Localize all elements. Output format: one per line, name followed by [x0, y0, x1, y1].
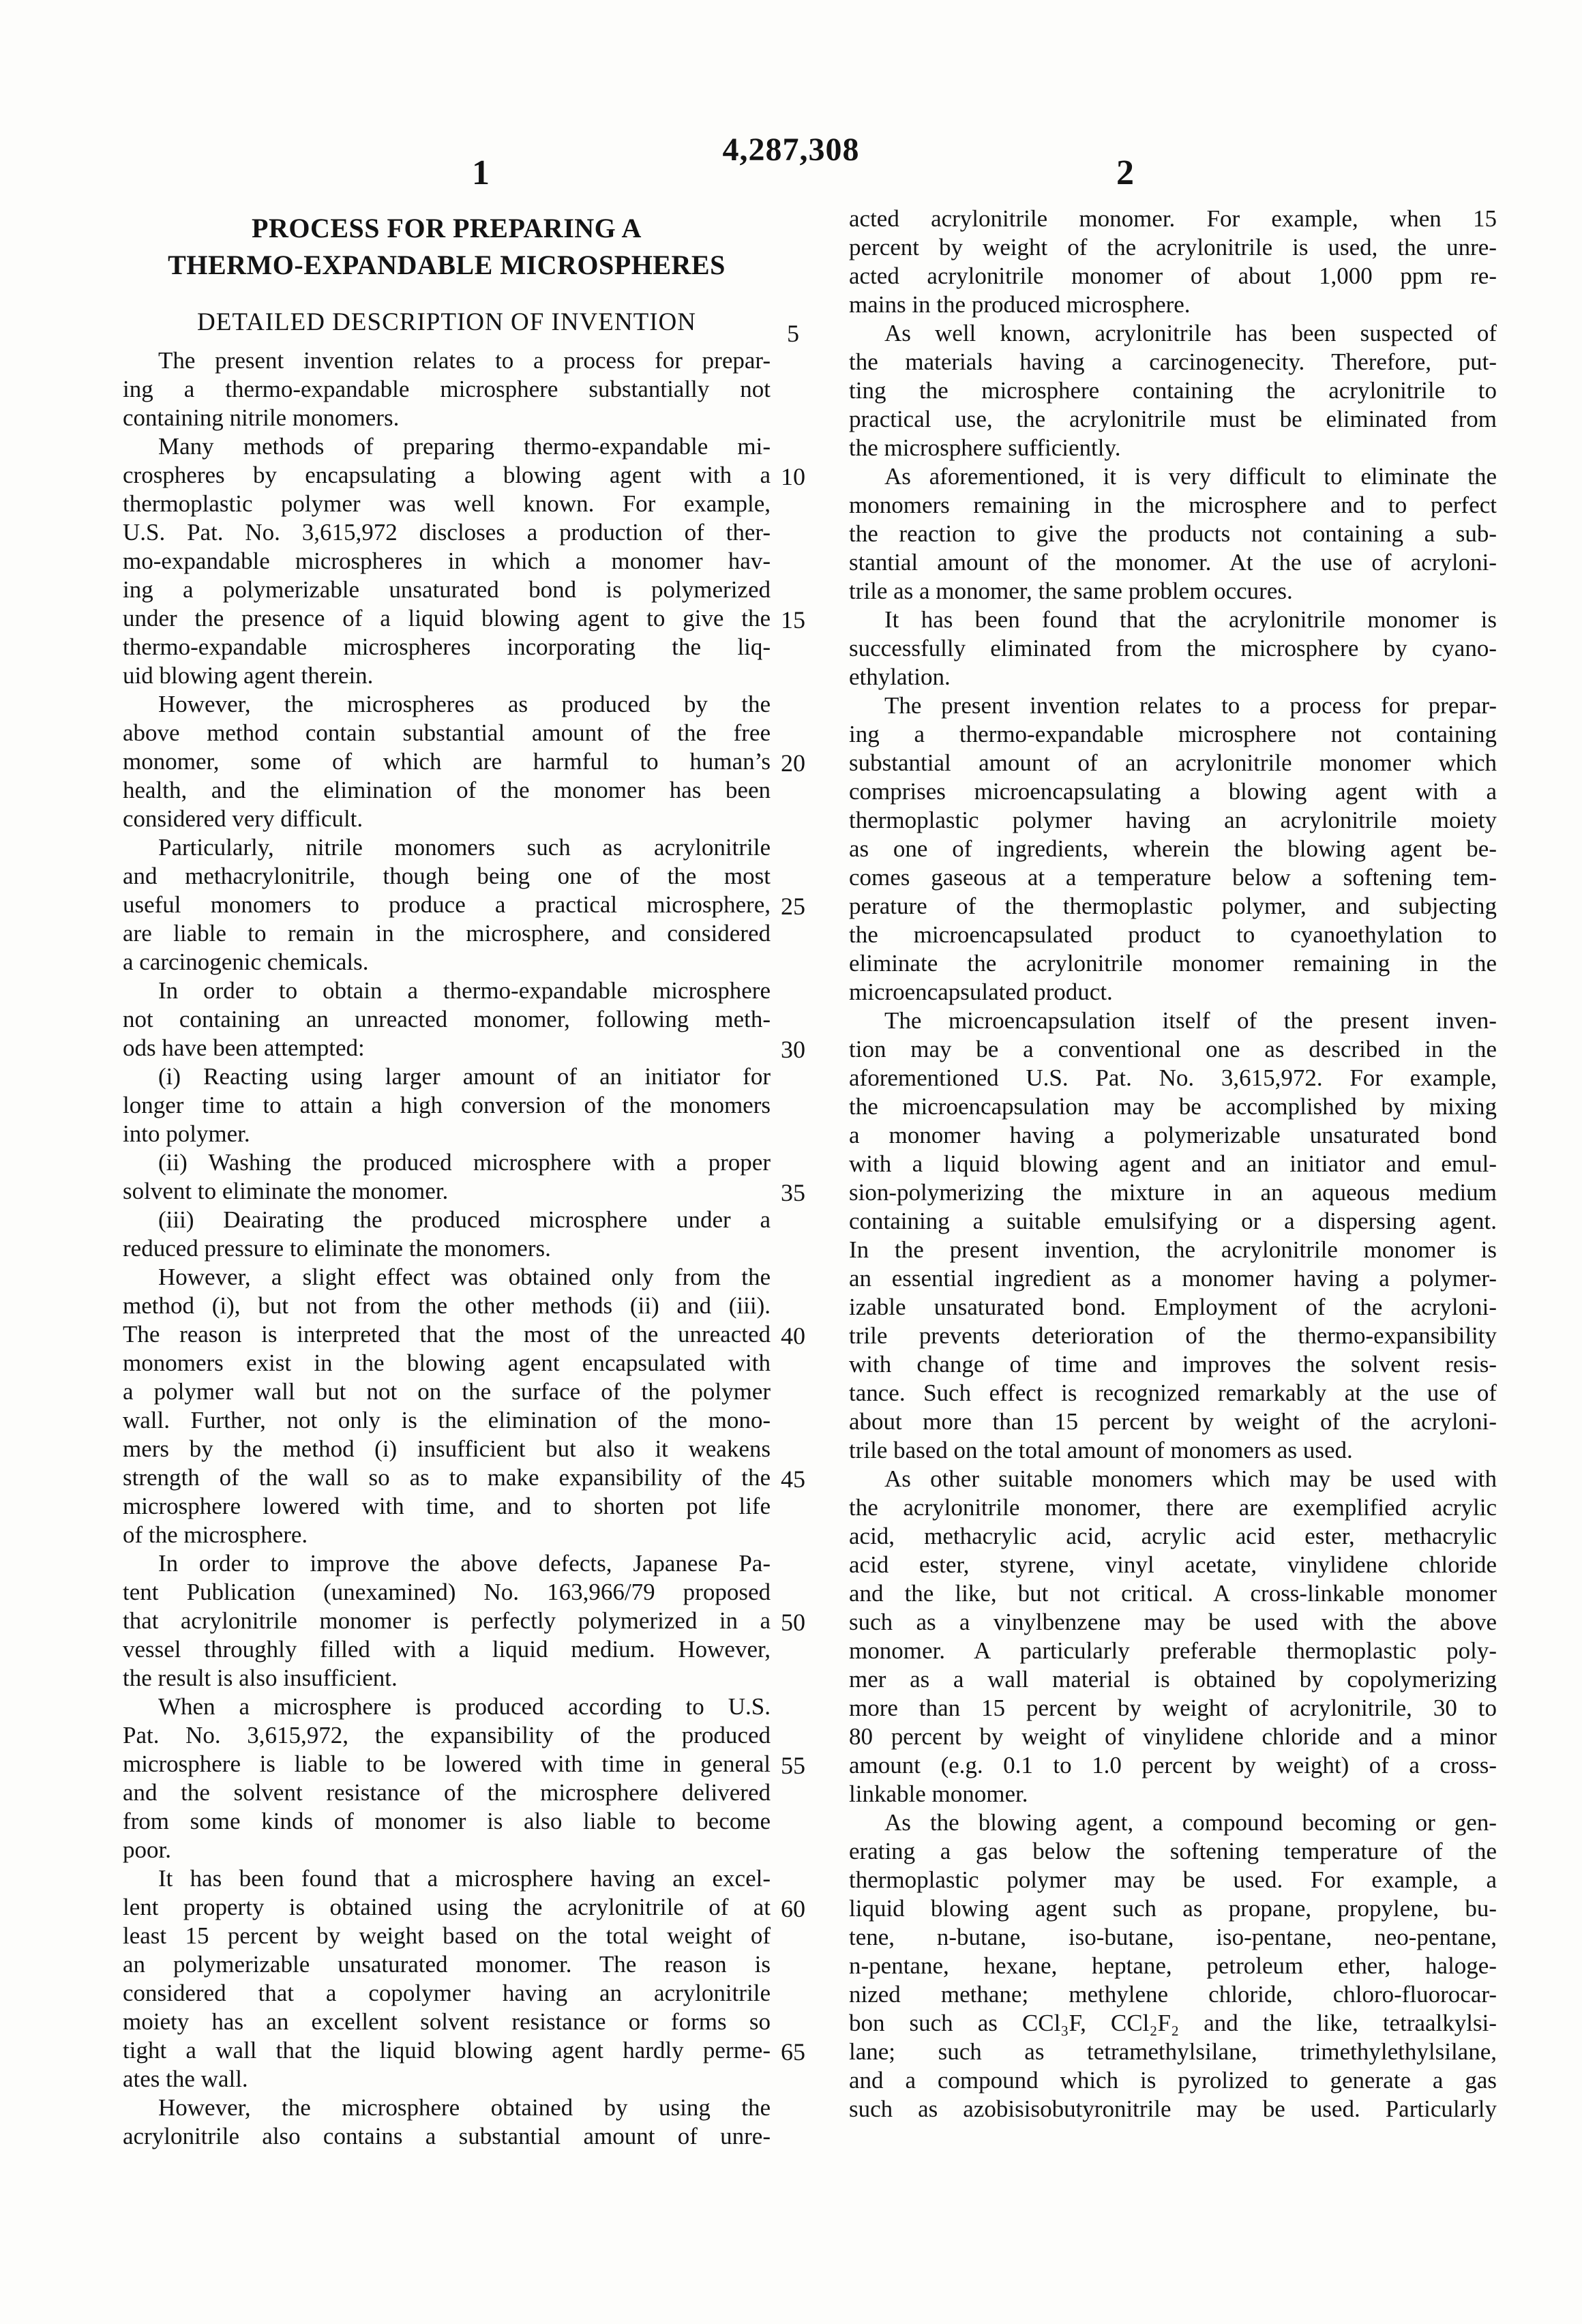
text-line: microsphere lowered with time, and to sh…	[123, 1492, 771, 1521]
text-line: monomer, some of which are harmful to hu…	[123, 747, 771, 776]
text-line: from some kinds of monomer is also liabl…	[123, 1807, 771, 1836]
text-line: U.S. Pat. No. 3,615,972 discloses a prod…	[123, 518, 771, 547]
text-line: bon such as CCl₃F, CCl₂F₂ and the like, …	[849, 2009, 1497, 2038]
text-line: longer time to attain a high conversion …	[123, 1091, 771, 1120]
line-number: 65	[781, 2038, 805, 2066]
text-line: Particularly, nitrile monomers such as a…	[123, 833, 771, 862]
text-line: mo-expandable microspheres in which a mo…	[123, 547, 771, 576]
text-line: method (i), but not from the other metho…	[123, 1292, 771, 1320]
text-line: are liable to remain in the microsphere,…	[123, 919, 771, 948]
text-line: above method contain substantial amount …	[123, 719, 771, 747]
text-line: stantial amount of the monomer. At the u…	[849, 548, 1497, 577]
text-line: trile as a monomer, the same problem occ…	[849, 577, 1497, 606]
text-line: 80 percent by weight of vinylidene chlor…	[849, 1723, 1497, 1751]
text-line: such as azobisisobutyronitrile may be us…	[849, 2095, 1497, 2124]
text-line: the materials having a carcinogenecity. …	[849, 348, 1497, 376]
line-number: 50	[781, 1608, 805, 1637]
text-line: reduced pressure to eliminate the monome…	[123, 1234, 771, 1263]
patent-number: 4,287,308	[723, 131, 860, 168]
text-line: containing nitrile monomers.	[123, 404, 771, 432]
text-line: ethylation.	[849, 663, 1497, 691]
text-line: a monomer having a polymerizable unsatur…	[849, 1121, 1497, 1150]
text-line: the reaction to give the products not co…	[849, 520, 1497, 548]
text-line: successfully eliminated from the microsp…	[849, 634, 1497, 663]
page-number-left: 1	[472, 155, 490, 191]
text-line: with a liquid blowing agent and an initi…	[849, 1150, 1497, 1178]
text-line: the microencapsulated product to cyanoet…	[849, 921, 1497, 949]
text-line: thermoplastic polymer may be used. For e…	[849, 1866, 1497, 1894]
text-line: such as a vinylbenzene may be used with …	[849, 1608, 1497, 1637]
line-number: 40	[781, 1322, 805, 1350]
text-line: Many methods of preparing thermo-expanda…	[123, 432, 771, 461]
text-line: linkable monomer.	[849, 1780, 1497, 1808]
text-line: ing a thermo-expandable microsphere not …	[849, 720, 1497, 749]
text-line: As the blowing agent, a compound becomin…	[849, 1808, 1497, 1837]
text-line: n-pentane, hexane, heptane, petroleum et…	[849, 1952, 1497, 1980]
text-line: acid ester, styrene, vinyl acetate, viny…	[849, 1551, 1497, 1579]
text-line: solvent to eliminate the monomer.	[123, 1177, 771, 1206]
text-line: liquid blowing agent such as propane, pr…	[849, 1894, 1497, 1923]
text-line: monomer. A particularly preferable therm…	[849, 1637, 1497, 1665]
text-line: As well known, acrylonitrile has been su…	[849, 319, 1497, 348]
line-number: 20	[781, 749, 805, 777]
text-line: monomers remaining in the microsphere an…	[849, 491, 1497, 520]
left-column-text: The present invention relates to a proce…	[123, 346, 771, 2151]
text-line: When a microsphere is produced according…	[123, 1693, 771, 1721]
text-line: uid blowing agent therein.	[123, 661, 771, 690]
text-line: health, and the elimination of the monom…	[123, 776, 771, 805]
text-line: However, the microsphere obtained by usi…	[123, 2094, 771, 2122]
text-line: ods have been attempted:	[123, 1034, 771, 1062]
text-line: It has been found that a microsphere hav…	[123, 1864, 771, 1893]
text-line: a carcinogenic chemicals.	[123, 948, 771, 977]
text-line: not containing an unreacted monomer, fol…	[123, 1005, 771, 1034]
text-line: The reason is interpreted that the most …	[123, 1320, 771, 1349]
text-line: In the present invention, the acrylonitr…	[849, 1236, 1497, 1264]
text-line: crospheres by encapsulating a blowing ag…	[123, 461, 771, 490]
text-line: acted acrylonitrile monomer. For example…	[849, 205, 1497, 233]
text-line: tight a wall that the liquid blowing age…	[123, 2036, 771, 2065]
line-number: 25	[781, 892, 805, 921]
left-column: PROCESS FOR PREPARING A THERMO-EXPANDABL…	[123, 210, 771, 2151]
text-line: moiety has an excellent solvent resistan…	[123, 2008, 771, 2036]
text-line: (i) Reacting using larger amount of an i…	[123, 1062, 771, 1091]
text-line: It has been found that the acrylonitrile…	[849, 606, 1497, 634]
text-line: monomers exist in the blowing agent enca…	[123, 1349, 771, 1377]
text-line: trile based on the total amount of monom…	[849, 1436, 1497, 1465]
text-line: tene, n-butane, iso-butane, iso-pentane,…	[849, 1923, 1497, 1952]
text-line: an polymerizable unsaturated monomer. Th…	[123, 1950, 771, 1979]
text-line: poor.	[123, 1836, 771, 1864]
text-line: containing a suitable emulsifying or a d…	[849, 1207, 1497, 1236]
text-line: and a compound which is pyrolized to gen…	[849, 2066, 1497, 2095]
text-line: microencapsulated product.	[849, 978, 1497, 1007]
text-line: ates the wall.	[123, 2065, 771, 2094]
text-line: least 15 percent by weight based on the …	[123, 1922, 771, 1950]
text-line: ing a thermo-expandable microsphere subs…	[123, 375, 771, 404]
text-line: sion-polymerizing the mixture in an aque…	[849, 1178, 1497, 1207]
text-line: lane; such as tetramethylsilane, trimeth…	[849, 2038, 1497, 2066]
invention-title: PROCESS FOR PREPARING A THERMO-EXPANDABL…	[123, 210, 771, 284]
text-line: The microencapsulation itself of the pre…	[849, 1007, 1497, 1035]
text-line: percent by weight of the acrylonitrile i…	[849, 233, 1497, 262]
text-line: As other suitable monomers which may be …	[849, 1465, 1497, 1493]
text-line: mers by the method (i) insufficient but …	[123, 1435, 771, 1463]
text-line: However, the microspheres as produced by…	[123, 690, 771, 719]
text-line: wall. Further, not only is the eliminati…	[123, 1406, 771, 1435]
text-line: lent property is obtained using the acry…	[123, 1893, 771, 1922]
line-number: 45	[781, 1465, 805, 1493]
text-line: a polymer wall but not on the surface of…	[123, 1377, 771, 1406]
text-line: the result is also insufficient.	[123, 1664, 771, 1693]
text-line: In order to obtain a thermo-expandable m…	[123, 977, 771, 1005]
text-line: and methacrylonitrile, though being one …	[123, 862, 771, 891]
text-line: practical use, the acrylonitrile must be…	[849, 405, 1497, 434]
text-line: In order to improve the above defects, J…	[123, 1549, 771, 1578]
text-line: considered that a copolymer having an ac…	[123, 1979, 771, 2008]
text-line: an essential ingredient as a monomer hav…	[849, 1264, 1497, 1293]
title-line-1: PROCESS FOR PREPARING A	[123, 210, 771, 247]
text-line: eliminate the acrylonitrile monomer rema…	[849, 949, 1497, 978]
line-number: 30	[781, 1035, 805, 1064]
text-line: nized methane; methylene chloride, chlor…	[849, 1980, 1497, 2009]
text-line: perature of the thermoplastic polymer, a…	[849, 892, 1497, 921]
text-line: thermo-expandable microspheres incorpora…	[123, 633, 771, 661]
page-number-right: 2	[1116, 155, 1134, 191]
line-number: 10	[781, 462, 805, 491]
text-line: the microencapsulation may be accomplish…	[849, 1092, 1497, 1121]
line-number: 15	[781, 606, 805, 634]
text-line: and the like, but not critical. A cross-…	[849, 1579, 1497, 1608]
text-line: (iii) Deairating the produced microspher…	[123, 1206, 771, 1234]
text-line: that acrylonitrile monomer is perfectly …	[123, 1607, 771, 1635]
text-line: vessel throughly filled with a liquid me…	[123, 1635, 771, 1664]
text-line: the acrylonitrile monomer, there are exe…	[849, 1493, 1497, 1522]
text-line: mer as a wall material is obtained by co…	[849, 1665, 1497, 1694]
text-line: strength of the wall so as to make expan…	[123, 1463, 771, 1492]
text-line: aforementioned U.S. Pat. No. 3,615,972. …	[849, 1064, 1497, 1092]
right-column-text: acted acrylonitrile monomer. For example…	[849, 205, 1497, 2124]
text-line: thermoplastic polymer was well known. Fo…	[123, 490, 771, 518]
text-line: Pat. No. 3,615,972, the expansibility of…	[123, 1721, 771, 1750]
text-line: The present invention relates to a proce…	[849, 691, 1497, 720]
text-line: mains in the produced microsphere.	[849, 290, 1497, 319]
text-line: acid, methacrylic acid, acrylic acid est…	[849, 1522, 1497, 1551]
text-line: microsphere is liable to be lowered with…	[123, 1750, 771, 1778]
text-line: as one of ingredients, wherein the blowi…	[849, 835, 1497, 863]
text-line: tent Publication (unexamined) No. 163,96…	[123, 1578, 771, 1607]
text-line: about more than 15 percent by weight of …	[849, 1407, 1497, 1436]
line-number: 55	[781, 1751, 805, 1780]
text-line: comes gaseous at a temperature below a s…	[849, 863, 1497, 892]
text-line: However, a slight effect was obtained on…	[123, 1263, 771, 1292]
text-line: more than 15 percent by weight of acrylo…	[849, 1694, 1497, 1723]
title-line-2: THERMO-EXPANDABLE MICROSPHERES	[123, 247, 771, 284]
text-line: substantial amount of an acrylonitrile m…	[849, 749, 1497, 777]
patent-page: 4,287,308 1 2 PROCESS FOR PREPARING A TH…	[0, 0, 1582, 2324]
line-number: 60	[781, 1894, 805, 1923]
text-line: useful monomers to produce a practical m…	[123, 891, 771, 919]
text-line: trile prevents deterioration of the ther…	[849, 1322, 1497, 1350]
text-line: The present invention relates to a proce…	[123, 346, 771, 375]
text-line: thermoplastic polymer having an acryloni…	[849, 806, 1497, 835]
text-line: erating a gas below the softening temper…	[849, 1837, 1497, 1866]
text-line: tion may be a conventional one as descri…	[849, 1035, 1497, 1064]
text-line: tance. Such effect is recognized remarka…	[849, 1379, 1497, 1407]
text-line: comprises microencapsulating a blowing a…	[849, 777, 1497, 806]
line-number: 35	[781, 1178, 805, 1207]
line-number: 5	[787, 319, 799, 348]
text-line: considered very difficult.	[123, 805, 771, 833]
right-column: acted acrylonitrile monomer. For example…	[849, 205, 1497, 2124]
text-line: and the solvent resistance of the micros…	[123, 1778, 771, 1807]
text-line: under the presence of a liquid blowing a…	[123, 604, 771, 633]
text-line: the microsphere sufficiently.	[849, 434, 1497, 462]
text-line: ing a polymerizable unsaturated bond is …	[123, 576, 771, 604]
text-line: acrylonitrile also contains a substantia…	[123, 2122, 771, 2151]
text-line: amount (e.g. 0.1 to 1.0 percent by weigh…	[849, 1751, 1497, 1780]
text-line: As aforementioned, it is very difficult …	[849, 462, 1497, 491]
text-line: (ii) Washing the produced microsphere wi…	[123, 1148, 771, 1177]
text-line: ting the microsphere containing the acry…	[849, 376, 1497, 405]
section-heading: DETAILED DESCRIPTION OF INVENTION	[123, 307, 771, 338]
text-line: izable unsaturated bond. Employment of t…	[849, 1293, 1497, 1322]
text-line: acted acrylonitrile monomer of about 1,0…	[849, 262, 1497, 290]
text-line: of the microsphere.	[123, 1521, 771, 1549]
text-line: into polymer.	[123, 1120, 771, 1148]
text-line: with change of time and improves the sol…	[849, 1350, 1497, 1379]
